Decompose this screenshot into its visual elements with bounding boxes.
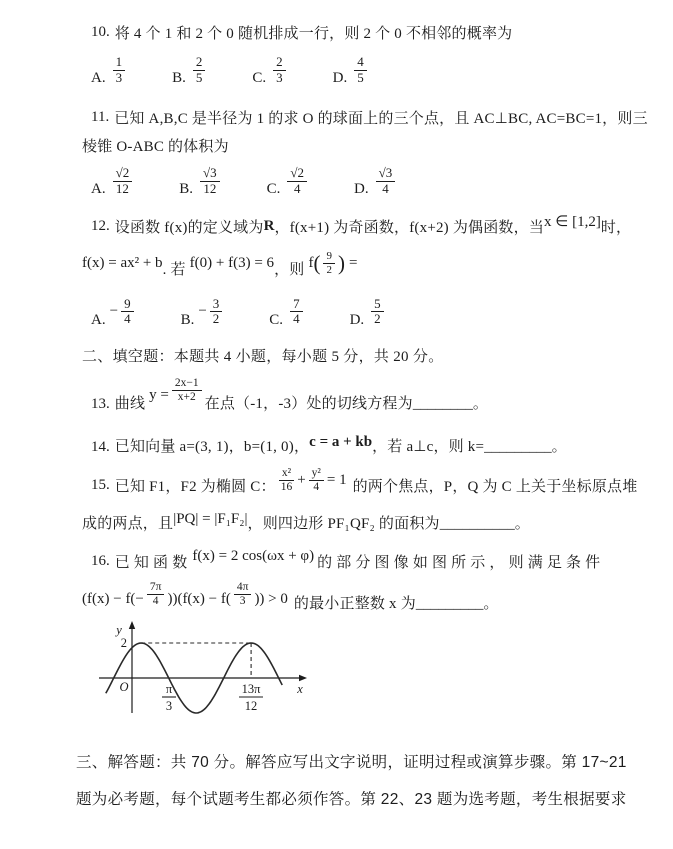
fraction: √34	[376, 166, 396, 196]
fraction: 52	[371, 297, 384, 327]
q12-text-5: ，则	[274, 258, 304, 279]
right-paren: )	[338, 251, 345, 276]
fraction: 2x−1x+2	[172, 377, 202, 404]
x-axis-label: x	[296, 682, 303, 696]
fraction: 45	[354, 55, 367, 85]
q15-pq-condition: |PQ| = |F₁F₂|	[173, 511, 247, 528]
question-13: 13. 曲线 y = 2x−1x+2 在点（-1，-3）处的切线方程为 ____…	[82, 386, 663, 413]
q10-option-c: C. 23	[252, 55, 288, 85]
fraction: √24	[287, 166, 307, 196]
q11-option-b: B. √312	[179, 166, 222, 196]
q13-y-equals: y =	[149, 387, 169, 404]
question-16: 16. 已 知 函 数 f(x) = 2 cos(ωx + φ) 的 部 分 图…	[82, 551, 663, 572]
q16-graph-container: y 2 O x π 3 13π 12	[96, 621, 663, 728]
q15-text-line2-1: 成的两点，且	[82, 512, 173, 533]
section-2-header: 二、填空题：本题共 4 小题，每小题 5 分，共 20 分。	[82, 345, 663, 366]
q16-text-2: 的 部 分 图 像 如 图 所 示 ， 则 满 足 条 件	[317, 551, 600, 572]
section-3-line1: 三、解答题：共 70 分。解答应写出文字说明，证明过程或演算步骤。第 17~21	[76, 750, 627, 772]
fraction: 25	[193, 55, 206, 85]
option-label: B.	[181, 312, 195, 329]
q12-number: 12.	[82, 218, 110, 235]
function-graph: y 2 O x π 3 13π 12	[96, 621, 310, 723]
q16-blank: _________	[416, 596, 484, 613]
q13-number: 13.	[82, 396, 110, 413]
q12-option-d: D. 52	[350, 297, 387, 327]
q16-text-4: 。	[483, 592, 498, 613]
question-10: 10. 将 4 个 1 和 2 个 0 随机排成一行，则 2 个 0 不相邻的概…	[82, 22, 663, 43]
q10-option-a: A. 13	[91, 55, 128, 85]
exam-page: 10. 将 4 个 1 和 2 个 0 随机排成一行，则 2 个 0 不相邻的概…	[0, 0, 673, 809]
q11-number: 11.	[82, 109, 109, 126]
fraction: 7π4	[147, 581, 165, 608]
x-tick-pi-3-num: π	[166, 682, 173, 696]
section-2-title: 二、填空题：本题共 4 小题，每小题 5 分，共 20 分。	[82, 345, 444, 366]
q10-options: A. 13 B. 25 C. 23 D. 45	[82, 55, 663, 85]
q12-option-c: C. 74	[269, 297, 305, 327]
q10-number: 10.	[82, 24, 110, 41]
y-tick-2: 2	[121, 636, 127, 650]
option-label: C.	[267, 181, 281, 198]
q11-text-line2: 棱锥 O-ABC 的体积为	[82, 135, 229, 156]
q12-equals: =	[349, 255, 357, 272]
option-label: A.	[91, 181, 106, 198]
q13-text-1: 曲线	[115, 392, 145, 413]
q15-text-2: 的两个焦点，P，Q 为 C 上关于坐标原点堆	[353, 475, 638, 496]
q14-text-3: 。	[552, 435, 567, 456]
fraction: 94	[121, 297, 134, 327]
question-14: 14. 已知向量 a=(3, 1)，b=(1, 0)， c = a + kb ，…	[82, 435, 663, 456]
q10-option-b: B. 25	[172, 55, 208, 85]
y-axis-arrow	[129, 621, 135, 629]
q12-set-r: R	[264, 218, 275, 235]
q12-text-2: ，f(x+1) 为奇函数，f(x+2) 为偶函数，当	[274, 216, 544, 237]
q10-option-d: D. 45	[333, 55, 370, 85]
option-label: D.	[333, 70, 348, 87]
option-label: A.	[91, 312, 106, 329]
q11-text-line1: 已知 A,B,C 是半径为 1 的求 O 的球面上的三个点，且 AC⊥BC, A…	[114, 107, 648, 128]
option-label: B.	[179, 181, 193, 198]
q11-option-d: D. √34	[354, 166, 398, 196]
q16-text-1: 已 知 函 数	[115, 551, 188, 572]
option-label: B.	[172, 70, 186, 87]
q12-condition: f(0) + f(3) = 6	[190, 255, 274, 272]
q15-number: 15.	[82, 477, 110, 494]
fraction: y²4	[309, 467, 324, 494]
option-label: C.	[252, 70, 266, 87]
fraction: √212	[113, 166, 133, 196]
q14-text-2: ，若 a⊥c，则 k=	[372, 435, 484, 456]
q14-number: 14.	[82, 439, 110, 456]
y-axis-label: y	[114, 623, 122, 637]
option-label: C.	[269, 312, 283, 329]
question-15-continuation: 成的两点，且 |PQ| = |F₁F₂| ，则四边形 PF₁QF₂ 的面积为 _…	[82, 512, 663, 533]
x-tick-13pi-12-den: 12	[245, 699, 258, 713]
fraction: 74	[290, 297, 303, 327]
q16-number: 16.	[82, 553, 110, 570]
q16-expr-3: )) > 0	[254, 591, 287, 608]
fraction: 23	[273, 55, 286, 85]
q11-option-a: A. √212	[91, 166, 135, 196]
x-tick-pi-3-den: 3	[166, 699, 172, 713]
section-3-line2: 题为必考题，每个试题考生都必须作答。第 22、23 题为选考题，考生根据要求	[76, 787, 627, 809]
question-11-continuation: 棱锥 O-ABC 的体积为	[82, 135, 663, 156]
q12-text-4: . 若	[163, 258, 186, 279]
q12-domain: x ∈ [1,2]	[544, 212, 601, 231]
fraction: 13	[113, 55, 126, 85]
option-label: D.	[350, 312, 365, 329]
fraction: 4π3	[234, 581, 252, 608]
q16-expr-1: (f(x) − f(−	[82, 591, 144, 608]
section-3-header: 三、解答题：共 70 分。解答应写出文字说明，证明过程或演算步骤。第 17~21	[76, 750, 663, 772]
q15-blank: __________	[440, 516, 515, 533]
q15-text-3: 。	[515, 512, 530, 533]
q13-text-2: 在点（-1，-3）处的切线方程为	[205, 392, 413, 413]
q11-option-c: C. √24	[267, 166, 310, 196]
q15-text-line2-2: ，则四边形 PF₁QF₂ 的面积为	[248, 512, 440, 533]
q12-options: A. − 94 B. − 32 C. 74 D. 52	[82, 297, 663, 327]
q12-fx-formula: f(x) = ax² + b	[82, 255, 163, 272]
q12-text-3: 时，	[601, 216, 631, 237]
option-label: A.	[91, 70, 106, 87]
fraction: 92	[323, 250, 335, 276]
fraction: 32	[210, 297, 223, 327]
option-label: D.	[354, 181, 369, 198]
q11-options: A. √212 B. √312 C. √24 D. √34	[82, 166, 663, 196]
left-paren: (	[313, 251, 320, 276]
q10-text: 将 4 个 1 和 2 个 0 随机排成一行，则 2 个 0 不相邻的概率为	[115, 22, 513, 43]
q15-plus: +	[297, 472, 305, 489]
question-15: 15. 已知 F1，F2 为椭圆 C： x²16 + y²4 = 1 的两个焦点…	[82, 472, 663, 499]
q14-blank: _________	[484, 439, 552, 456]
option-sign: −	[110, 303, 118, 320]
fraction: x²16	[279, 467, 295, 494]
q16-text-3: 的最小正整数 x 为	[294, 592, 416, 613]
question-12-formula-line: f(x) = ax² + b . 若 f(0) + f(3) = 6 ，则 f …	[82, 255, 663, 281]
q12-option-b: B. − 32	[181, 297, 226, 327]
q13-text-3: 。	[473, 392, 488, 413]
fraction: √312	[200, 166, 220, 196]
q12-text-1: 设函数 f(x)的定义域为	[115, 216, 264, 237]
question-12: 12. 设函数 f(x)的定义域为 R ，f(x+1) 为奇函数，f(x+2) …	[82, 216, 663, 237]
q16-function-formula: f(x) = 2 cos(ωx + φ)	[192, 548, 314, 565]
q14-text-1: 已知向量 a=(3, 1)，b=(1, 0)，	[115, 435, 309, 456]
q16-expr-2: ))(f(x) − f(	[167, 591, 230, 608]
q15-text-1: 已知 F1，F2 为椭圆 C：	[115, 475, 276, 496]
option-sign: −	[198, 303, 206, 320]
question-11: 11. 已知 A,B,C 是半径为 1 的求 O 的球面上的三个点，且 AC⊥B…	[82, 107, 663, 128]
q15-equals-one: = 1	[327, 472, 347, 489]
x-tick-13pi-12-num: 13π	[242, 682, 262, 696]
origin-label: O	[119, 680, 128, 694]
q13-blank: ________	[413, 396, 473, 413]
q12-option-a: A. − 94	[91, 297, 137, 327]
q14-vector-formula: c = a + kb	[309, 434, 372, 451]
section-3-continuation: 题为必考题，每个试题考生都必须作答。第 22、23 题为选考题，考生根据要求	[76, 787, 663, 809]
x-axis-arrow	[299, 675, 307, 681]
question-16-inequality: (f(x) − f(− 7π4 ))(f(x) − f( 4π3 )) > 0 …	[82, 586, 663, 613]
